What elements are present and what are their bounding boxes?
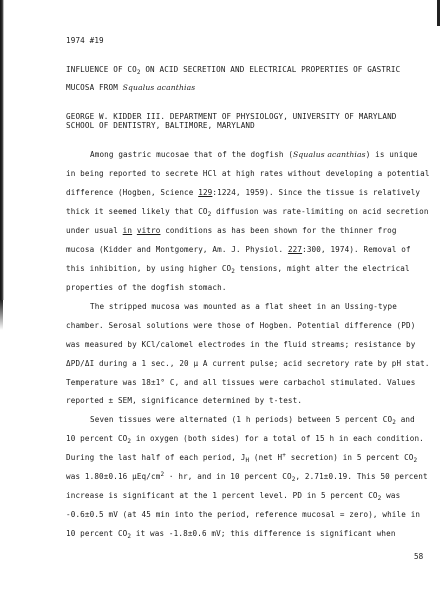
species-name: Squalus acanthias <box>123 83 196 92</box>
p3-line: increase is significant at the 1 percent… <box>66 491 400 501</box>
p1-line: under usual in vitro conditions as has b… <box>66 226 397 236</box>
title-line-1: INFLUENCE OF CO2 ON ACID SECRETION AND E… <box>66 65 400 75</box>
p3-line: During the last half of each period, JH … <box>66 453 417 463</box>
p1-line: properties of the dogfish stomach. <box>66 283 227 293</box>
p2-line: ΔPD/ΔI during a 1 sec., 20 μ A current p… <box>66 359 430 369</box>
title-line-2: MUCOSA FROM Squalus acanthias <box>66 83 195 93</box>
p1-line: Among gastric mucosae that of the dogfis… <box>90 150 418 160</box>
p3-line: 10 percent CO2 in oxygen (both sides) fo… <box>66 434 424 444</box>
p1-line: this inhibition, by using higher CO2 ten… <box>66 264 410 274</box>
document-header: 1974 #19 <box>66 36 104 46</box>
p2-line: The stripped mucosa was mounted as a fla… <box>90 302 397 312</box>
p2-line: reported ± SEM, significance determined … <box>66 396 302 406</box>
p3-line: -0.6±0.5 mV (at 45 min into the period, … <box>66 510 420 520</box>
p1-line: difference (Hogben, Science 129:1224, 19… <box>66 188 420 198</box>
p3-line: was 1.80±0.16 μEq/cm2 · hr, and in 10 pe… <box>66 472 428 482</box>
document-page: 1974 #19 INFLUENCE OF CO2 ON ACID SECRET… <box>0 0 440 600</box>
p1-line: mucosa (Kidder and Montgomery, Am. J. Ph… <box>66 245 411 255</box>
p2-line: chamber. Serosal solutions were those of… <box>66 321 415 331</box>
p2-line: Temperature was 18±1° C, and all tissues… <box>66 378 415 388</box>
p1-line: in being reported to secrete HCl at high… <box>66 169 430 179</box>
p1-line: thick it seemed likely that CO2 diffusio… <box>66 207 429 217</box>
p2-line: was measured by KCl/calomel electrodes i… <box>66 340 415 350</box>
p3-line: Seven tissues were alternated (1 h perio… <box>90 415 415 425</box>
p3-line: 10 percent CO2 it was -1.8±0.6 mV; this … <box>66 529 396 539</box>
author-line-2: SCHOOL OF DENTISTRY, BALTIMORE, MARYLAND <box>66 121 255 131</box>
page-number: 58 <box>414 552 423 561</box>
